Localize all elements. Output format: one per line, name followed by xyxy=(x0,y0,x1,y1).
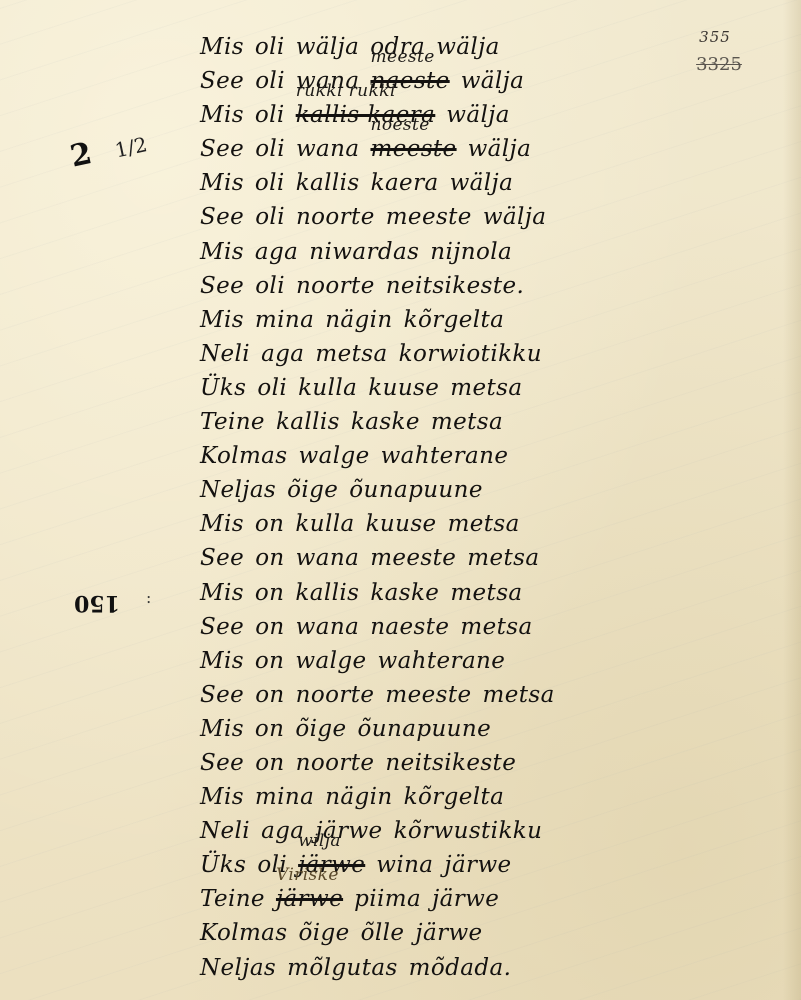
verse-word: Kolmas xyxy=(200,920,288,946)
verse-word: oli xyxy=(255,136,285,162)
verse-line: Misonwalgewahterane xyxy=(200,644,700,678)
verse-word: See xyxy=(200,750,244,776)
interlinear-insertion: wilja xyxy=(298,832,341,850)
verse-word: järwe xyxy=(444,852,511,878)
verse-word: wälja xyxy=(436,34,500,60)
verse-word: metsa xyxy=(467,545,539,571)
verse-word: wälja xyxy=(468,136,532,162)
verse-line: Neljasõigeõunapuune xyxy=(200,473,700,507)
verse-word: Teine xyxy=(200,886,265,912)
verse-word: kaske xyxy=(370,580,439,606)
verse-word: Neljas xyxy=(200,477,276,503)
verse-line: Teinekalliskaskemetsa xyxy=(200,405,700,439)
verse-line: Neliagametsakorwiotikku xyxy=(200,337,700,371)
manuscript-page: 355 3325 21/2 :150 MisoliwäljaodrawäljaS… xyxy=(0,0,801,1000)
verse-word: kaera xyxy=(371,170,439,196)
verse-word: See xyxy=(200,682,244,708)
verse-line: Misonkullakuusemetsa xyxy=(200,507,700,541)
verse-word: aga xyxy=(261,341,304,367)
verse-word: metsa xyxy=(431,409,503,435)
verse-word: Mis xyxy=(200,511,244,537)
verse-word: Mis xyxy=(200,307,244,333)
verse-word: walge xyxy=(295,648,366,674)
margin-note-1: 21/2 xyxy=(67,124,150,174)
verse-word: metsa xyxy=(450,580,522,606)
verse-word: Üks xyxy=(200,375,246,401)
verse-word: õige xyxy=(299,920,350,946)
verse-word: oli xyxy=(255,273,285,299)
verse-word: kulla xyxy=(295,511,354,537)
interlinear-insertion: rukki rukki xyxy=(296,82,396,100)
verse-word: õlle xyxy=(361,920,405,946)
verse-word: piima xyxy=(354,886,421,912)
verse-word: See xyxy=(200,204,244,230)
margin-note-2-number: 150 xyxy=(74,590,120,616)
verse-word: on xyxy=(255,614,284,640)
verse-line: Misoliwäljaodrawälja xyxy=(200,30,700,64)
margin-note-2-faint: : xyxy=(146,592,151,611)
verse-word: mina xyxy=(255,784,314,810)
verse-word: on xyxy=(255,682,284,708)
struck-text: järwe xyxy=(276,886,343,912)
verse-word: oli xyxy=(257,375,287,401)
verse-word: niwardas xyxy=(309,239,419,265)
verse-word: naeste xyxy=(370,614,449,640)
verse-word: meeste xyxy=(370,545,456,571)
verse-word: kuuse xyxy=(368,375,439,401)
verse-word: Mis xyxy=(200,648,244,674)
verse-word: neitsikeste xyxy=(385,750,516,776)
verse-word: on xyxy=(255,648,284,674)
verse-word: mõdada. xyxy=(409,955,512,981)
interlinear-insertion: noeste xyxy=(370,116,429,134)
verse-word: wälja xyxy=(461,68,525,94)
verse-word: Kolmas xyxy=(200,443,288,469)
verse-word: Mis xyxy=(200,239,244,265)
verse-word: järwe xyxy=(432,886,499,912)
verse-word: wana xyxy=(296,614,360,640)
verse-word: mina xyxy=(255,307,314,333)
verse-word: noorte xyxy=(296,273,375,299)
verse-word: oli xyxy=(255,204,285,230)
verse-line: Misminanäginkõrgelta xyxy=(200,780,700,814)
verse-word: on xyxy=(255,750,284,776)
verse-line: Misonõigeõunapuune xyxy=(200,712,700,746)
verse-line: Seeolinoorteneitsikeste. xyxy=(200,269,700,303)
verse-word: kõrgelta xyxy=(404,307,505,333)
verse-word: wälja xyxy=(450,170,514,196)
verse-word: õige xyxy=(295,716,346,742)
verse-word: wälja xyxy=(296,34,360,60)
verse-word: See xyxy=(200,136,244,162)
verse-line: Neliagajärwekõrwustikku xyxy=(200,814,700,848)
verse-word: Mis xyxy=(200,580,244,606)
verse-line: Üksolikullakuusemetsa xyxy=(200,371,700,405)
verse-line: Misminanäginkõrgelta xyxy=(200,303,700,337)
verse-word: meeste xyxy=(385,682,471,708)
verse-word: kõrgelta xyxy=(404,784,505,810)
struck-word: noestemeeste xyxy=(370,136,456,162)
verse-line: Misolirukki rukkikallis kaerawälja xyxy=(200,98,700,132)
struck-text: meeste xyxy=(370,136,456,162)
verse-word: See xyxy=(200,545,244,571)
verse-word: mõlgutas xyxy=(287,955,398,981)
verse-word: Neli xyxy=(200,818,250,844)
verse-word: kallis xyxy=(296,170,360,196)
verse-word: Mis xyxy=(200,170,244,196)
verse-word: noorte xyxy=(296,682,375,708)
verse-word: oli xyxy=(255,68,285,94)
verse-word: wana xyxy=(296,136,360,162)
verse-word: wahterane xyxy=(381,443,509,469)
verse-line: TeineViriskejärwepiimajärwe xyxy=(200,882,700,916)
margin-note-2: :150 xyxy=(74,590,151,616)
verse-word: Mis xyxy=(200,716,244,742)
verse-line: Seeoliwanameestenaestewälja xyxy=(200,64,700,98)
verse-word: kõrwustikku xyxy=(394,818,543,844)
verse-line: Misonkalliskaskemetsa xyxy=(200,576,700,610)
verse-word: Neli xyxy=(200,341,250,367)
verse-line: Misaganiwardasnijnola xyxy=(200,235,700,269)
verse-word: metsa xyxy=(450,375,522,401)
verse-word: Teine xyxy=(200,409,265,435)
verse-line: Kolmasõigeõllejärwe xyxy=(200,916,700,950)
verse-word: nijnola xyxy=(430,239,512,265)
interlinear-insertion: Viriske xyxy=(276,866,339,884)
verse-word: See xyxy=(200,68,244,94)
verse-word: on xyxy=(255,511,284,537)
verse-word: oli xyxy=(255,34,285,60)
verse-word: järwe xyxy=(415,920,482,946)
verse-word: metsa xyxy=(483,682,555,708)
margin-note-1-number: 2 xyxy=(67,136,95,175)
verse-word: on xyxy=(255,716,284,742)
verse-line: Seeoliwananoestemeestewälja xyxy=(200,132,700,166)
verse-word: kallis xyxy=(295,580,359,606)
verse-word: Mis xyxy=(200,102,244,128)
verse-word: kulla xyxy=(298,375,357,401)
verse-line: Kolmaswalgewahterane xyxy=(200,439,700,473)
verse-word: õige xyxy=(287,477,338,503)
page-edge-shadow xyxy=(783,0,801,1000)
verse-word: walge xyxy=(299,443,370,469)
verse-line: Seeolinoortemeestewälja xyxy=(200,200,700,234)
verse-line: Seeonnoorteneitsikeste xyxy=(200,746,700,780)
verse-line: Seeonnoortemeestemetsa xyxy=(200,678,700,712)
handwritten-verse: MisoliwäljaodrawäljaSeeoliwanameestenaes… xyxy=(200,30,700,985)
verse-line: Seeonwanameestemetsa xyxy=(200,541,700,575)
struck-word: Viriskejärwe xyxy=(276,886,343,912)
verse-line: Misolikalliskaerawälja xyxy=(200,166,700,200)
verse-line: Seeonwananaestemetsa xyxy=(200,610,700,644)
verse-word: Mis xyxy=(200,34,244,60)
verse-word: noorte xyxy=(296,204,375,230)
verse-word: noorte xyxy=(296,750,375,776)
verse-line: Neljasmõlgutasmõdada. xyxy=(200,951,700,985)
verse-word: wälja xyxy=(446,102,510,128)
verse-word: Neljas xyxy=(200,955,276,981)
verse-word: nägin xyxy=(325,784,392,810)
verse-word: wälja xyxy=(483,204,547,230)
verse-word: wana xyxy=(296,545,360,571)
margin-note-1-faint: 1/2 xyxy=(113,132,149,162)
verse-word: oli xyxy=(255,170,285,196)
verse-word: wina xyxy=(376,852,433,878)
verse-word: kuuse xyxy=(366,511,437,537)
verse-word: oli xyxy=(255,102,285,128)
verse-word: metsa xyxy=(315,341,387,367)
verse-word: aga xyxy=(255,239,298,265)
verse-word: neitsikeste. xyxy=(386,273,525,299)
verse-word: on xyxy=(255,580,284,606)
verse-word: korwiotikku xyxy=(399,341,542,367)
verse-word: Üks xyxy=(200,852,246,878)
verse-word: kallis xyxy=(276,409,340,435)
verse-word: on xyxy=(255,545,284,571)
verse-word: See xyxy=(200,614,244,640)
verse-word: meeste xyxy=(386,204,472,230)
verse-word: wahterane xyxy=(377,648,505,674)
verse-word: kaske xyxy=(351,409,420,435)
verse-word: Mis xyxy=(200,784,244,810)
verse-word: õunapuune xyxy=(349,477,483,503)
verse-word: See xyxy=(200,273,244,299)
verse-word: õunapuune xyxy=(358,716,492,742)
verse-word: nägin xyxy=(325,307,392,333)
verse-word: metsa xyxy=(448,511,520,537)
verse-word: metsa xyxy=(460,614,532,640)
interlinear-insertion: meeste xyxy=(370,48,434,66)
